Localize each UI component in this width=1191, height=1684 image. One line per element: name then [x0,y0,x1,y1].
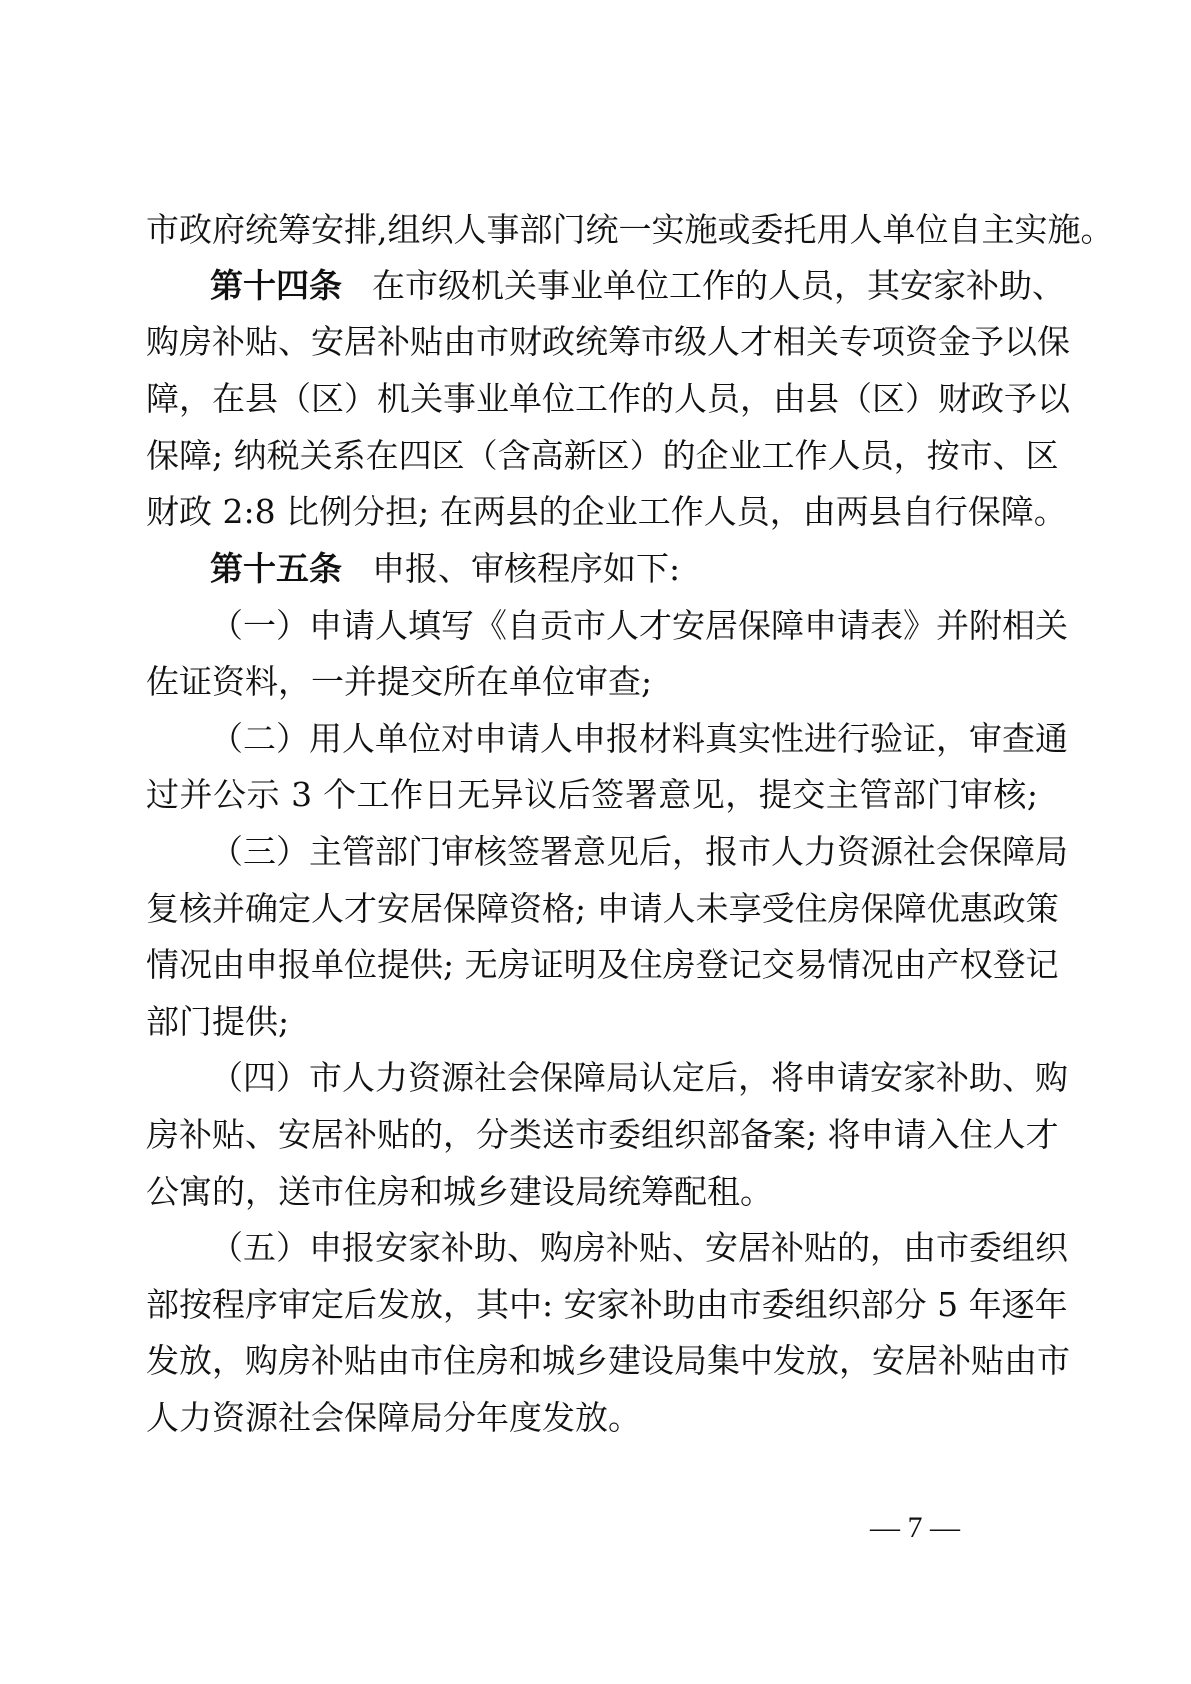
text-line: 人力资源社会保障局分年度发放。 [146,1393,1038,1443]
text-line: 财政 2:8 比例分担; 在两县的企业工作人员，由两县自行保障。 [146,487,1038,537]
text-line: （三）主管部门审核签署意见后，报市人力资源社会保障局 [210,827,1038,877]
text-span: 在市级机关事业单位工作的人员，其安家补助、 [372,266,1065,305]
text-line: 佐证资料，一并提交所在单位审查; [146,657,1038,707]
text-line: 房补贴、安居补贴的，分类送市委组织部备案; 将申请入住人才 [146,1110,1038,1160]
text-line: （一）申请人填写《自贡市人才安居保障申请表》并附相关 [210,601,1038,651]
text-line: 部按程序审定后发放，其中: 安家补助由市委组织部分 5 年逐年 [146,1280,1038,1330]
text-line: （四）市人力资源社会保障局认定后，将申请安家补助、购 [210,1053,1038,1103]
text-line: 购房补贴、安居补贴由市财政统筹市级人才相关专项资金予以保 [146,317,1038,367]
text-line: （五）申报安家补助、购房补贴、安居补贴的，由市委组织 [210,1223,1038,1273]
text-line: 保障; 纳税关系在四区（含高新区）的企业工作人员，按市、区 [146,431,1038,481]
text-line: 发放，购房补贴由市住房和城乡建设局集中发放，安居补贴由市 [146,1336,1038,1386]
article-14-line: 第十四条在市级机关事业单位工作的人员，其安家补助、 [210,261,1038,311]
text-line: 障，在县（区）机关事业单位工作的人员，由县（区）财政予以 [146,374,1038,424]
article-heading: 第十四条 [210,266,342,305]
text-line: 过并公示 3 个工作日无异议后签署意见，提交主管部门审核; [146,770,1038,820]
text-line: 部门提供; [146,997,1038,1047]
text-line: （二）用人单位对申请人申报材料真实性进行验证，审查通 [210,714,1038,764]
text-line: 复核并确定人才安居保障资格; 申请人未享受住房保障优惠政策 [146,884,1038,934]
text-span: 申报、审核程序如下: [372,549,680,588]
page-number: — 7 — [870,1508,960,1548]
text-line: 情况由申报单位提供; 无房证明及住房登记交易情况由产权登记 [146,940,1038,990]
text-line: 市政府统筹安排,组织人事部门统一实施或委托用人单位自主实施。 [146,205,1038,255]
document-page: 市政府统筹安排,组织人事部门统一实施或委托用人单位自主实施。 第十四条在市级机关… [0,0,1191,1684]
text-line: 公寓的，送市住房和城乡建设局统筹配租。 [146,1167,1038,1217]
article-heading: 第十五条 [210,549,342,588]
article-15-line: 第十五条申报、审核程序如下: [210,544,1038,594]
